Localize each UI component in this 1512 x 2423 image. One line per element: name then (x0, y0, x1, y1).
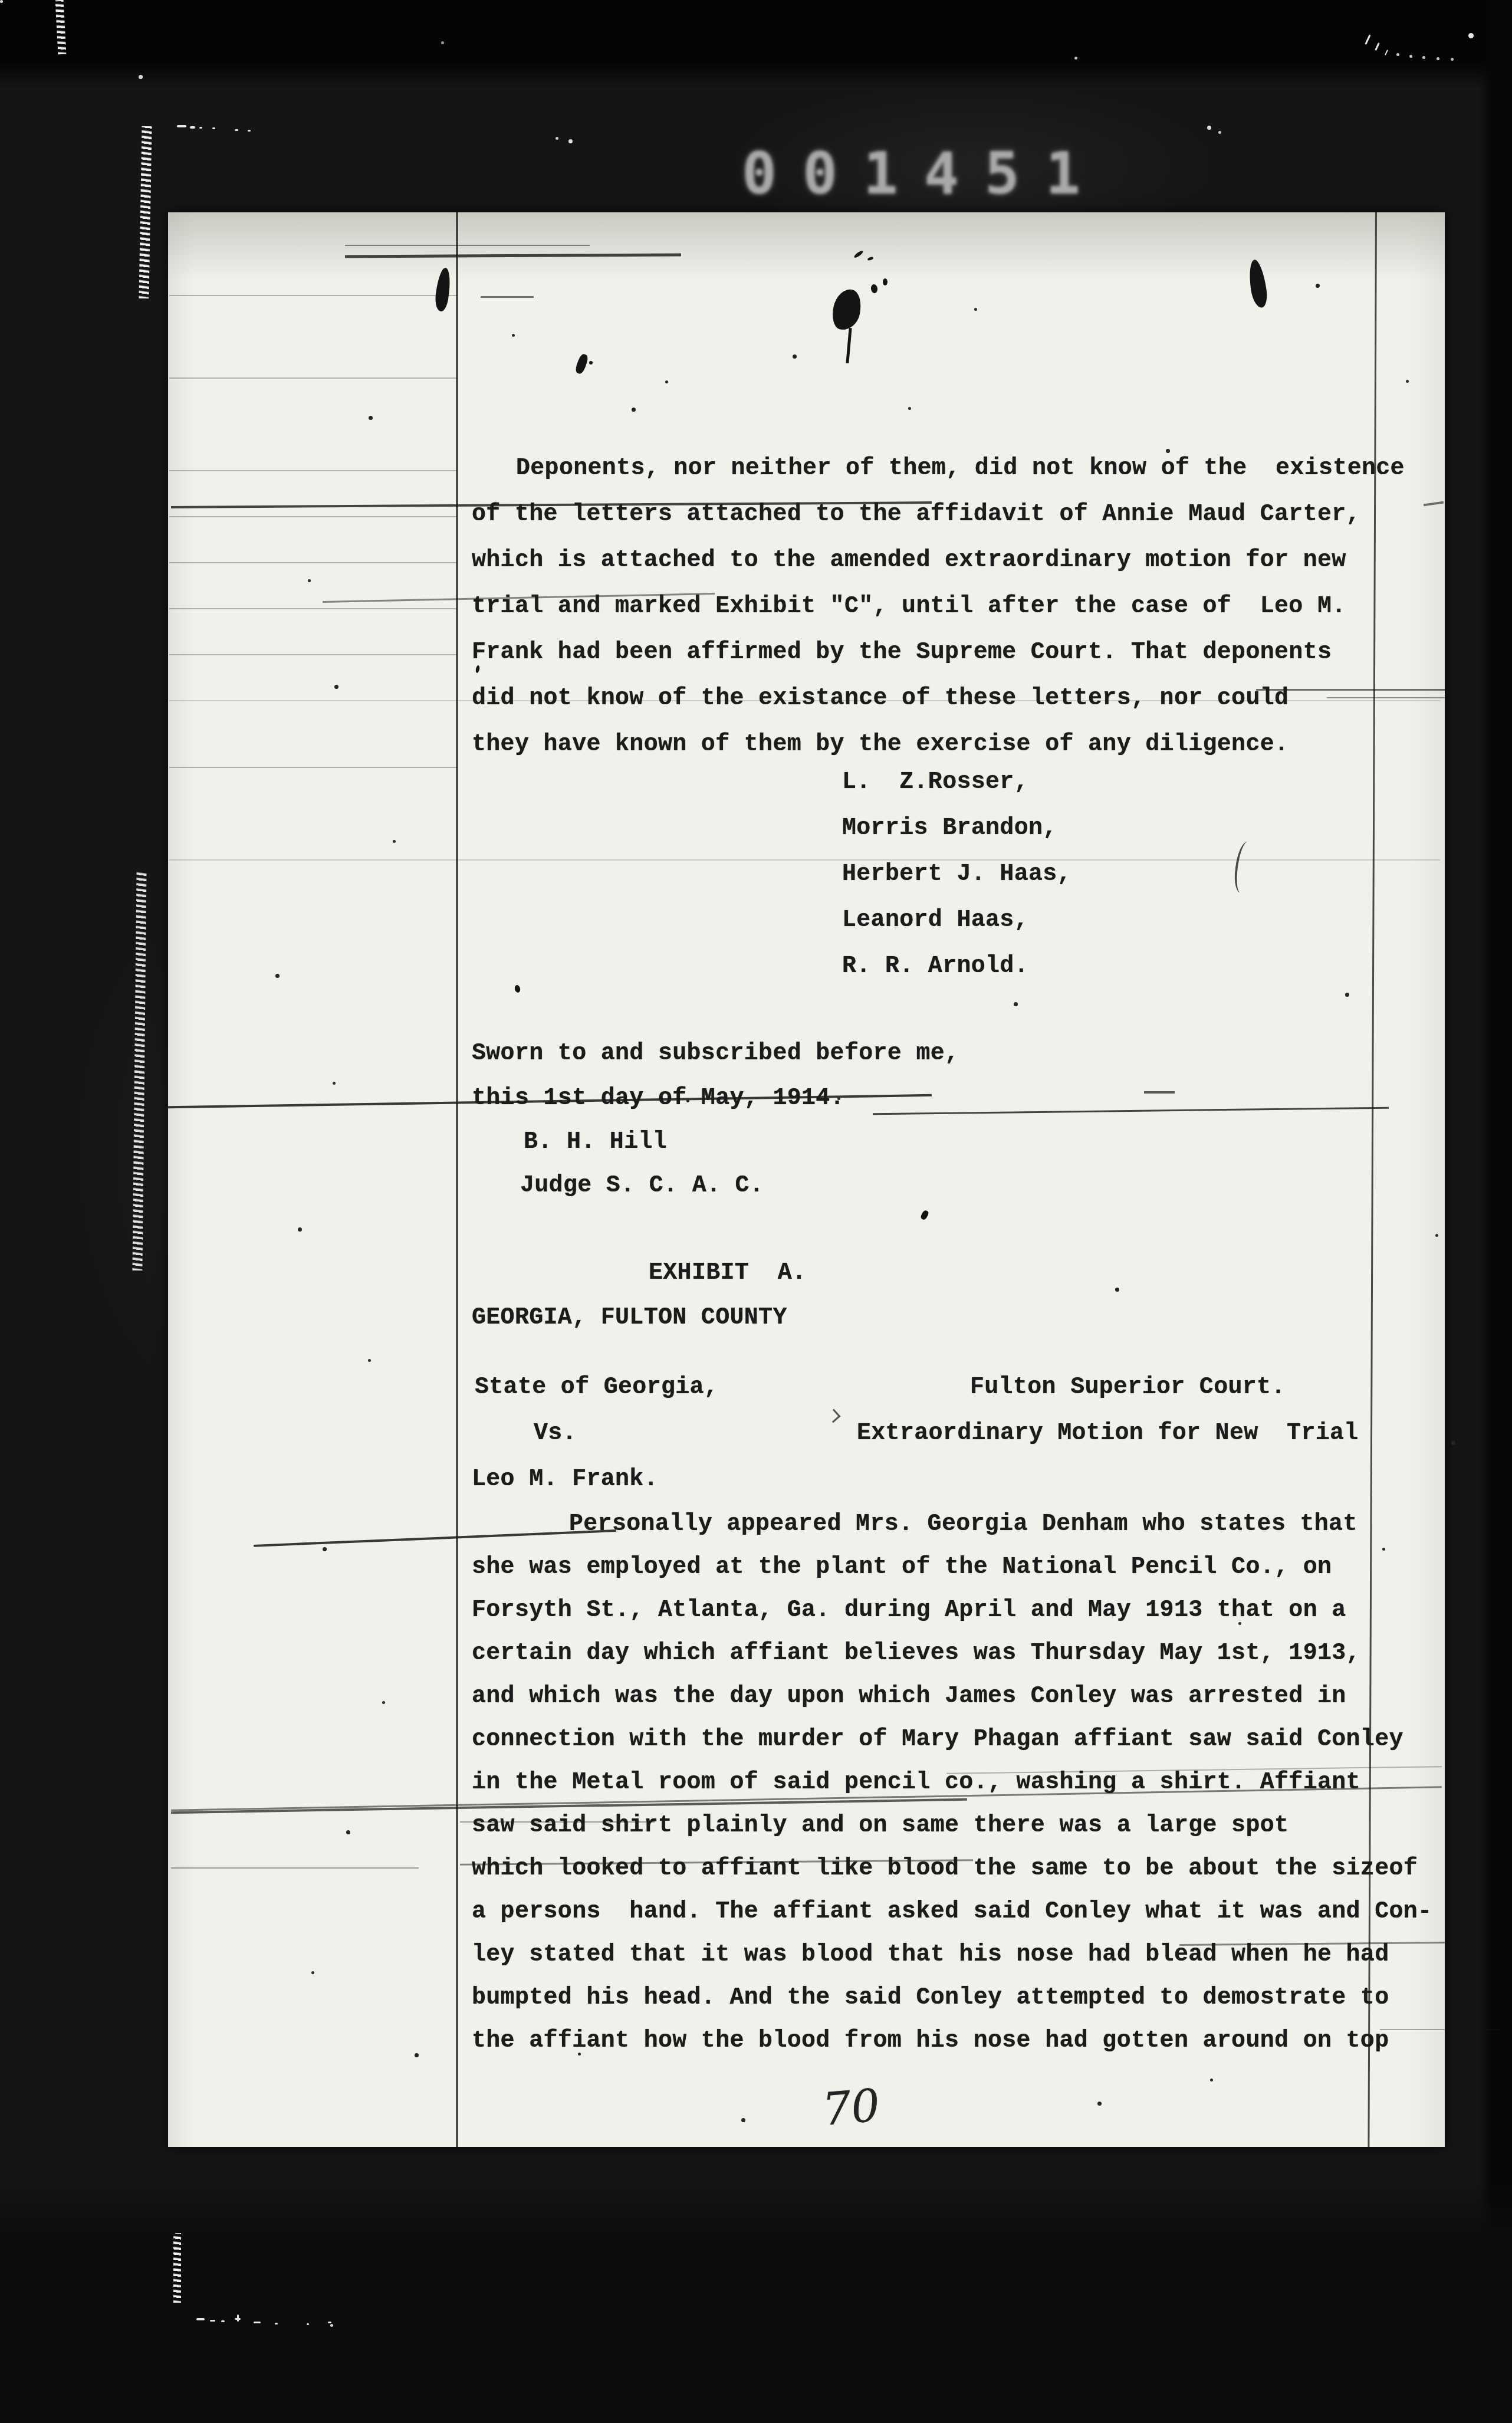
film-white-specks (0, 0, 3, 3)
typed-line: trial and marked Exhibit "C", until afte… (472, 593, 1346, 620)
small-dash (1424, 501, 1444, 507)
ink-mark (574, 353, 590, 375)
typed-line: in the Metal room of said pencil co., wa… (472, 1769, 1360, 1796)
ink-dash (853, 249, 864, 258)
typed-line: certain day which affiant believes was T… (472, 1640, 1360, 1667)
ink-dash (867, 256, 873, 261)
jurat-line: Sworn to and subscribed before me, (472, 1040, 959, 1067)
ink-dot (589, 361, 593, 365)
film-slash (1375, 42, 1380, 51)
caption-court: Fulton Superior Court. (970, 1374, 1286, 1401)
scratch-line (873, 1107, 1389, 1115)
exhibit-heading: EXHIBIT A. (649, 1260, 806, 1286)
typed-line: the affiant how the blood from his nose … (472, 2028, 1389, 2054)
film-dash (196, 2318, 205, 2320)
jurat-line: this 1st day of May, 1914. (472, 1085, 844, 1112)
caption-party2: Leo M. Frank. (472, 1466, 658, 1493)
film-scratch-strip (132, 872, 146, 1270)
ink-mark (920, 1210, 930, 1221)
typed-line: and which was the day upon which James C… (472, 1683, 1346, 1710)
film-dash (190, 126, 195, 129)
signature-line: Morris Brandon, (842, 815, 1057, 842)
paper-specks (168, 212, 171, 215)
scratch-line (345, 254, 681, 258)
film-scratch-strip (139, 126, 152, 298)
pen-stroke (1232, 841, 1255, 894)
typed-line: bumpted his head. And the said Conley at… (472, 1985, 1389, 2011)
frame-number-stamp: 001451 (742, 140, 1106, 208)
typed-line: she was employed at the plant of the Nat… (472, 1554, 1332, 1581)
signature-line: Herbert J. Haas, (842, 861, 1071, 888)
film-dash (248, 130, 251, 132)
film-dash (235, 129, 238, 131)
typed-line: a persons hand. The affiant asked said C… (472, 1899, 1432, 1925)
ink-blob (434, 267, 452, 312)
film-dash (275, 2323, 278, 2324)
film-dash (237, 2314, 239, 2322)
horizontal-rule (169, 470, 457, 471)
caption-party1: State of Georgia, (475, 1374, 718, 1401)
film-dash (210, 2320, 215, 2322)
film-dash (177, 125, 186, 127)
typed-line: they have known of them by the exercise … (472, 731, 1289, 758)
ink-blob (829, 287, 865, 333)
film-dash (199, 127, 202, 129)
film-dash (307, 2323, 309, 2325)
film-slash (1365, 34, 1370, 45)
typed-line: saw said shirt plainly and on same there… (472, 1813, 1289, 1839)
typed-line: which looked to affiant like blood the s… (472, 1856, 1418, 1882)
film-dash (221, 2320, 225, 2322)
film-bottom-band (0, 2176, 1512, 2423)
scratch-line (1327, 697, 1445, 698)
typed-line: Forsyth St., Atlanta, Ga. during April a… (472, 1597, 1346, 1624)
typed-line: Frank had been affirmed by the Supreme C… (472, 639, 1332, 666)
caption-motion: Extraordinary Motion for New Trial (857, 1420, 1359, 1447)
signature-line: R. R. Arnold. (842, 953, 1028, 980)
signature-line: L. Z.Rosser, (842, 769, 1028, 796)
horizontal-rule (169, 608, 457, 609)
ink-dot (883, 278, 888, 285)
jurat-officer: B. H. Hill (524, 1129, 667, 1155)
film-dash (212, 127, 215, 129)
scratch-line (171, 1867, 419, 1869)
film-glow (531, 2206, 1061, 2406)
film-dash (254, 2322, 261, 2323)
ink-dot (870, 284, 878, 294)
typed-line: Personally appeared Mrs. Georgia Denham … (569, 1511, 1357, 1538)
typed-line: of the letters attached to the affidavit… (472, 501, 1360, 528)
scratch-line (254, 1529, 616, 1547)
film-scratch-strip (173, 2233, 181, 2303)
horizontal-rule (169, 516, 457, 517)
film-top-band (0, 0, 1512, 88)
ink-blob (1247, 259, 1268, 309)
scratch-line (345, 245, 590, 246)
film-slash (1385, 50, 1388, 55)
horizontal-rule (169, 767, 457, 768)
typed-line: which is attached to the amended extraor… (472, 547, 1346, 574)
film-right-band (1479, 0, 1512, 2423)
microfilm-frame: 001451 (0, 0, 1512, 2423)
county-line: GEORGIA, FULTON COUNTY (472, 1305, 787, 1331)
film-dash (328, 2322, 331, 2323)
signature-line: Leanord Haas, (842, 907, 1028, 934)
ink-mark (475, 665, 481, 674)
scratch-line (481, 296, 534, 298)
ink-blob-tail (846, 328, 852, 363)
horizontal-rule (169, 562, 457, 563)
document-page: Deponents, nor neither of them, did not … (168, 212, 1445, 2147)
small-dash (1144, 1091, 1175, 1094)
jurat-title: Judge S. C. A. C. (520, 1173, 764, 1199)
scratch-line (1380, 2029, 1501, 2030)
bracket-mark (826, 1409, 840, 1423)
strike-line (171, 1798, 967, 1814)
caption-vs: Vs. (534, 1420, 577, 1447)
horizontal-rule (169, 377, 457, 379)
ink-mark (514, 984, 521, 993)
film-scratch-strip (55, 0, 67, 54)
horizontal-rule (169, 295, 457, 296)
typed-line: Deponents, nor neither of them, did not … (516, 455, 1405, 482)
handwritten-page-number: 70 (820, 2079, 882, 2136)
typed-line: did not know of the existance of these l… (472, 685, 1289, 712)
typed-line: connection with the murder of Mary Phaga… (472, 1726, 1403, 1753)
horizontal-rule (169, 654, 457, 655)
left-margin-rule (456, 212, 458, 2147)
typed-line: ley stated that it was blood that his no… (472, 1942, 1389, 1968)
